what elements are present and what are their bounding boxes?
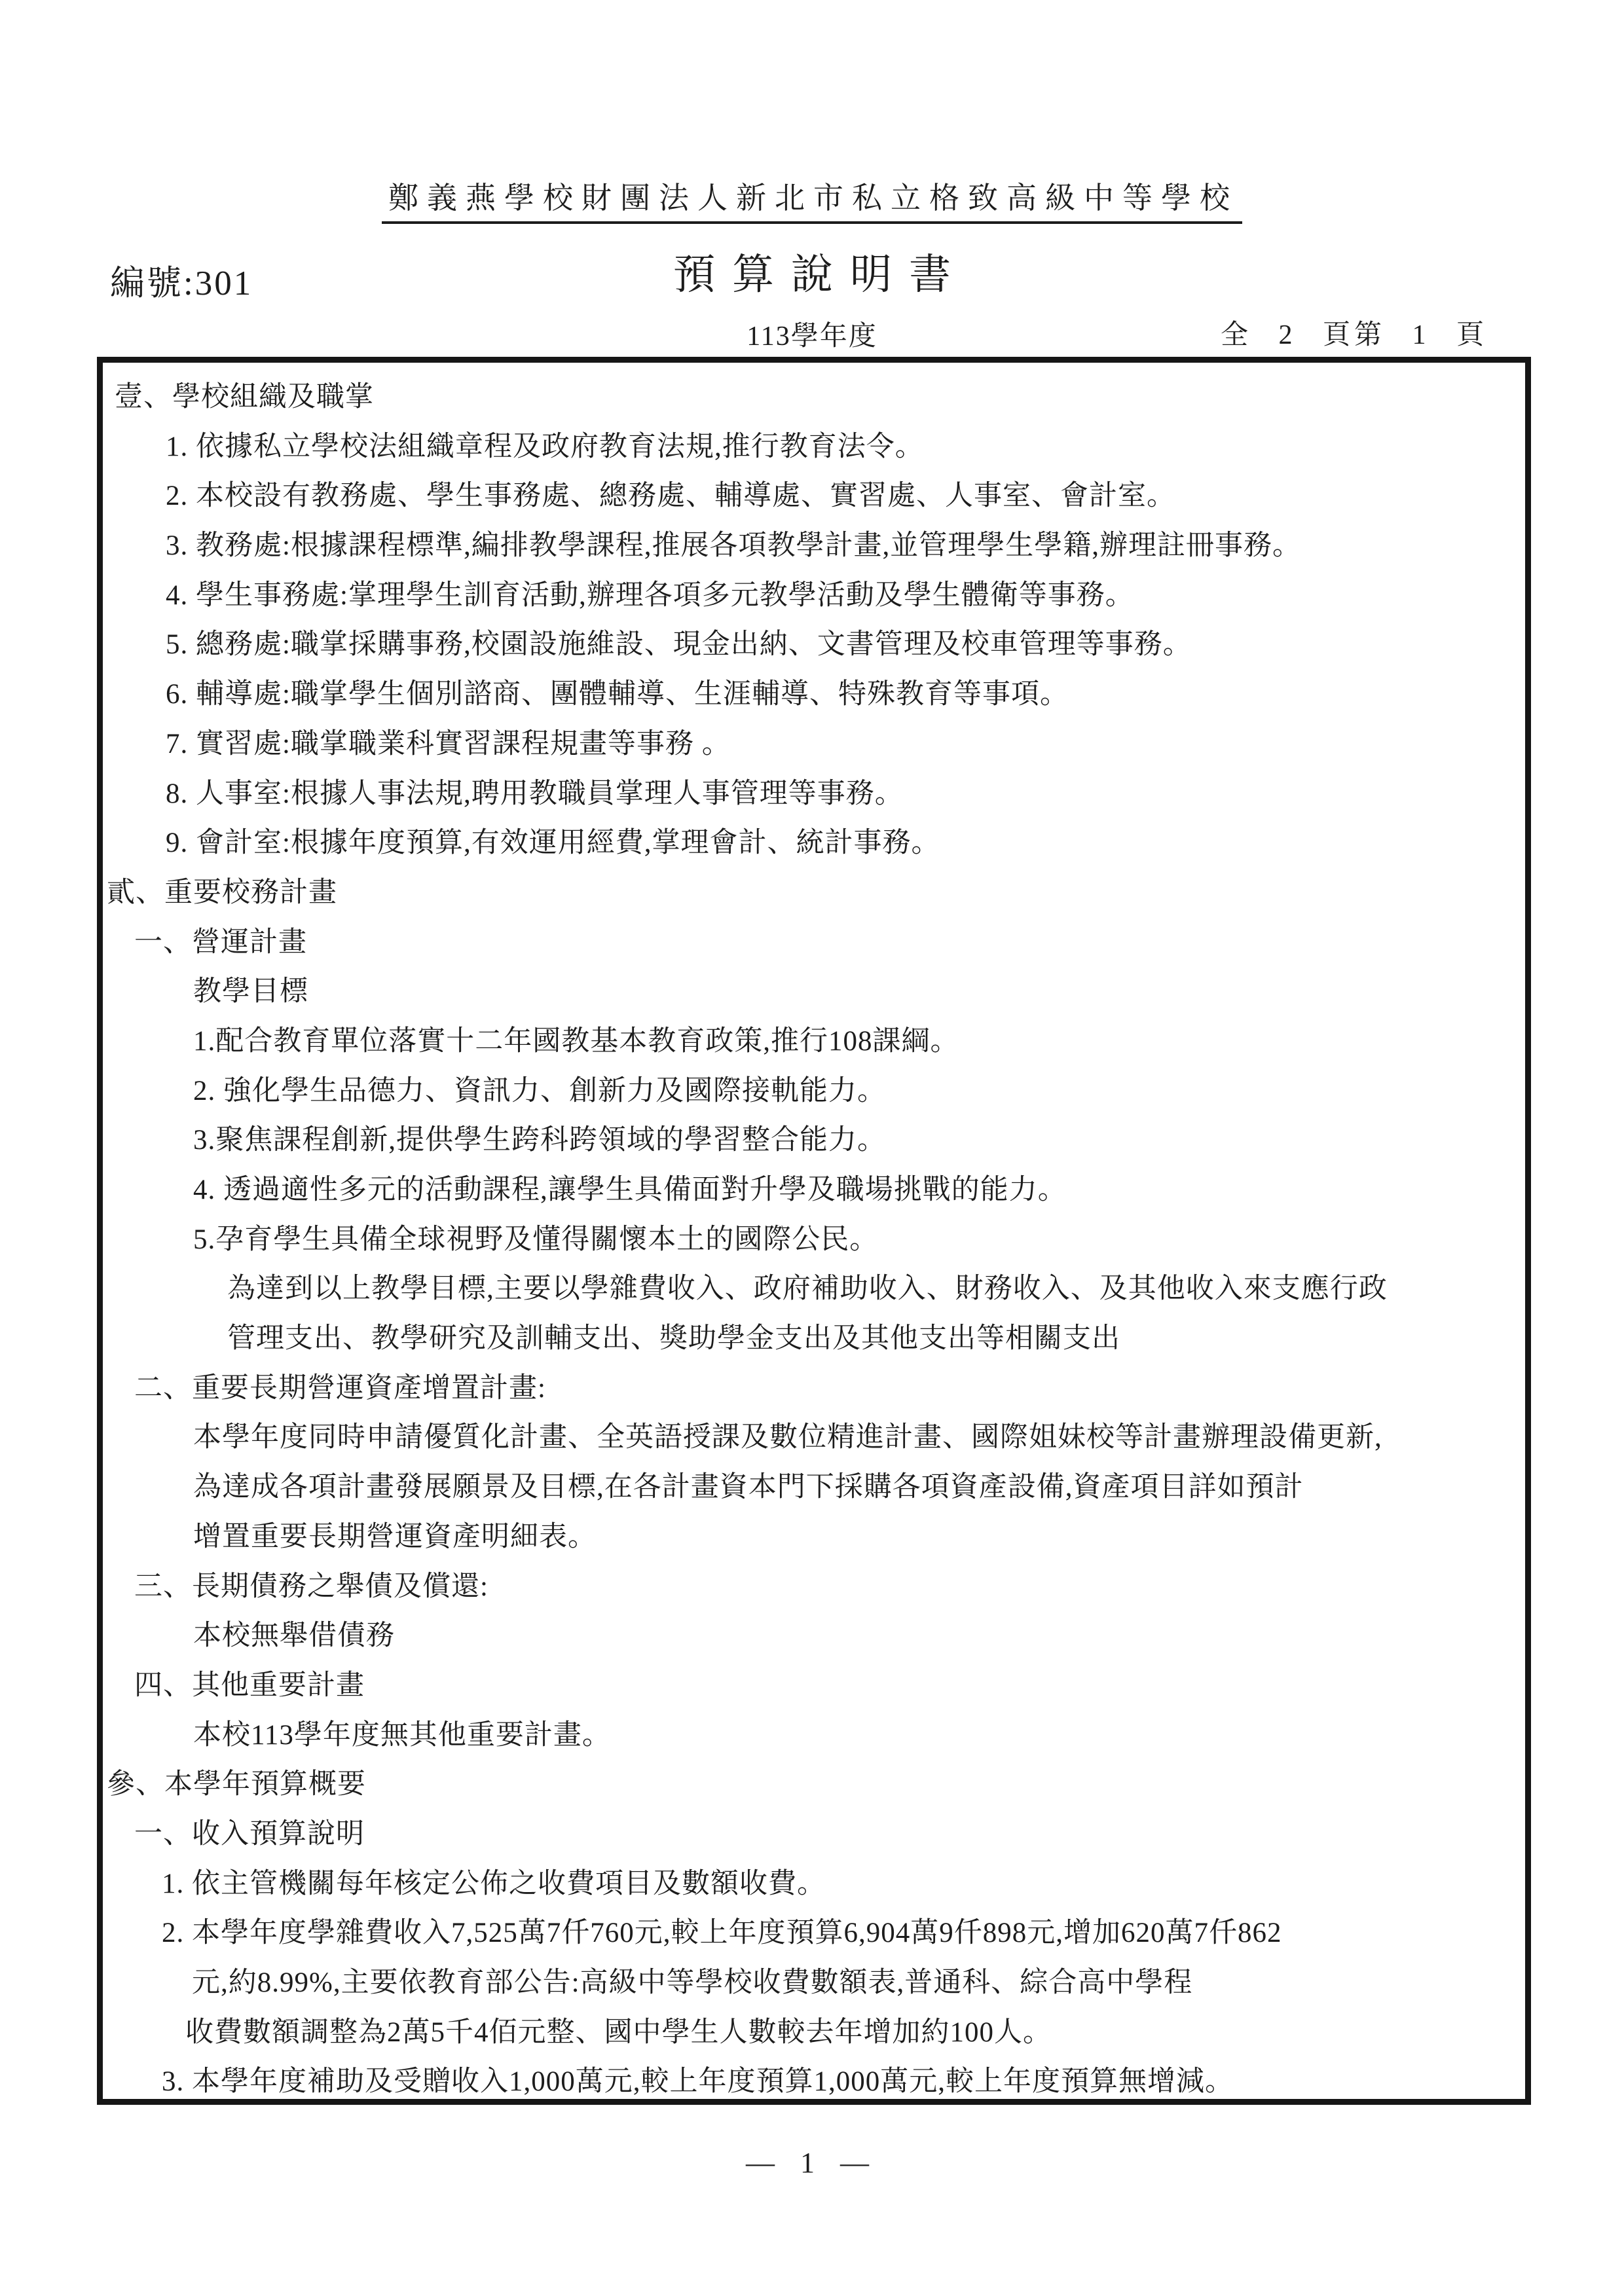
content-line: 2. 本校設有教務處、學生事務處、總務處、輔導處、實習處、人事室、會計室。 — [166, 471, 1525, 521]
document-page: 鄭義燕學校財團法人新北市私立格致高級中等學校 編號:301 預算說明書 113學… — [0, 0, 1624, 2296]
content-line: 本校113學年度無其他重要計畫。 — [193, 1711, 1525, 1760]
content-line: 5.孕育學生具備全球視野及懂得關懷本土的國際公民。 — [193, 1215, 1525, 1265]
content-line: 6. 輔導處:職掌學生個別諮商、團體輔導、生涯輔導、特殊教育等事項。 — [166, 670, 1525, 720]
content-line: 5. 總務處:職掌採購事務,校園設施維設、現金出納、文書管理及校車管理等事務。 — [166, 620, 1525, 670]
content-line: 3. 教務處:根據課程標準,編排教學課程,推展各項教學計畫,並管理學生學籍,辦理… — [166, 521, 1525, 571]
content-line: 2. 本學年度學雜費收入7,525萬7仟760元,較上年度預算6,904萬9仟8… — [162, 1908, 1525, 1958]
content-line: 8. 人事室:根據人事法規,聘用教職員掌理人事管理等事務。 — [166, 769, 1525, 819]
content-line: 9. 會計室:根據年度預算,有效運用經費,掌理會計、統計事務。 — [166, 818, 1525, 868]
content-line: 元,約8.99%,主要依教育部公告:高級中等學校收費數額表,普通科、綜合高中學程 — [192, 1958, 1525, 2008]
doc-title-row: 預算說明書 — [0, 241, 1624, 301]
content-line: 增置重要長期營運資產明細表。 — [193, 1512, 1525, 1562]
school-name-row: 鄭義燕學校財團法人新北市私立格致高級中等學校 — [0, 174, 1624, 224]
content-line: 本學年度同時申請優質化計畫、全英語授課及數位精進計畫、國際姐妹校等計畫辦理設備更… — [193, 1413, 1525, 1463]
content-line: 壹、學校組織及職掌 — [115, 373, 1525, 422]
content-line: 收費數額調整為2萬5千4佰元整、國中學生人數較去年增加約100人。 — [185, 2008, 1525, 2058]
school-name: 鄭義燕學校財團法人新北市私立格致高級中等學校 — [382, 174, 1242, 224]
content-line: 本校無舉借債務 — [193, 1611, 1525, 1661]
content-line: 四、其他重要計畫 — [134, 1661, 1525, 1711]
content-line: 參、本學年預算概要 — [107, 1760, 1525, 1810]
content-line: 為達成各項計畫發展願景及目標,在各計畫資本門下採購各項資產設備,資產項目詳如預計 — [193, 1463, 1525, 1512]
content-line: 一、收入預算說明 — [134, 1810, 1525, 1859]
content-line: 教學目標 — [193, 967, 1525, 1017]
content-line: 3.聚焦課程創新,提供學生跨科跨領域的學習整合能力。 — [193, 1116, 1525, 1165]
content-line: 4. 透過適性多元的活動課程,讓學生具備面對升學及職場挑戰的能力。 — [193, 1165, 1525, 1215]
content-line: 二、重要長期營運資產增置計畫: — [134, 1364, 1525, 1413]
content-line: 7. 實習處:職掌職業科實習課程規畫等事務 。 — [166, 720, 1525, 769]
content-line: 管理支出、教學研究及訓輔支出、獎助學金支出及其他支出等相關支出 — [227, 1314, 1525, 1364]
content-line: 2. 強化學生品德力、資訊力、創新力及國際接軌能力。 — [193, 1066, 1525, 1116]
content-line: 1. 依主管機關每年核定公佈之收費項目及數額收費。 — [162, 1859, 1525, 1909]
content-line: 4. 學生事務處:掌理學生訓育活動,辦理各項多元教學活動及學生體衛等事務。 — [166, 571, 1525, 621]
content-line: 1.配合教育單位落實十二年國教基本教育政策,推行108課綱。 — [193, 1017, 1525, 1066]
page-count-info: 全 2 頁第 1 頁 — [1221, 313, 1488, 352]
content-box: 壹、學校組織及職掌 1. 依據私立學校法組織章程及政府教育法規,推行教育法令。 … — [97, 357, 1531, 2105]
content-line: 3. 本學年度補助及受贈收入1,000萬元,較上年度預算1,000萬元,較上年度… — [162, 2057, 1525, 2105]
content-line: 一、營運計畫 — [134, 918, 1525, 968]
content-line: 為達到以上教學目標,主要以學雜費收入、政府補助收入、財務收入、及其他收入來支應行… — [227, 1264, 1525, 1314]
content-line: 1. 依據私立學校法組織章程及政府教育法規,推行教育法令。 — [166, 422, 1525, 472]
academic-year: 113學年度 — [747, 314, 877, 354]
doc-title: 預算說明書 — [673, 241, 968, 301]
content-line: 貳、重要校務計畫 — [107, 868, 1525, 918]
page-number-footer: — 1 — — [0, 2146, 1624, 2179]
content-line: 三、長期債務之舉債及償還: — [134, 1562, 1525, 1612]
